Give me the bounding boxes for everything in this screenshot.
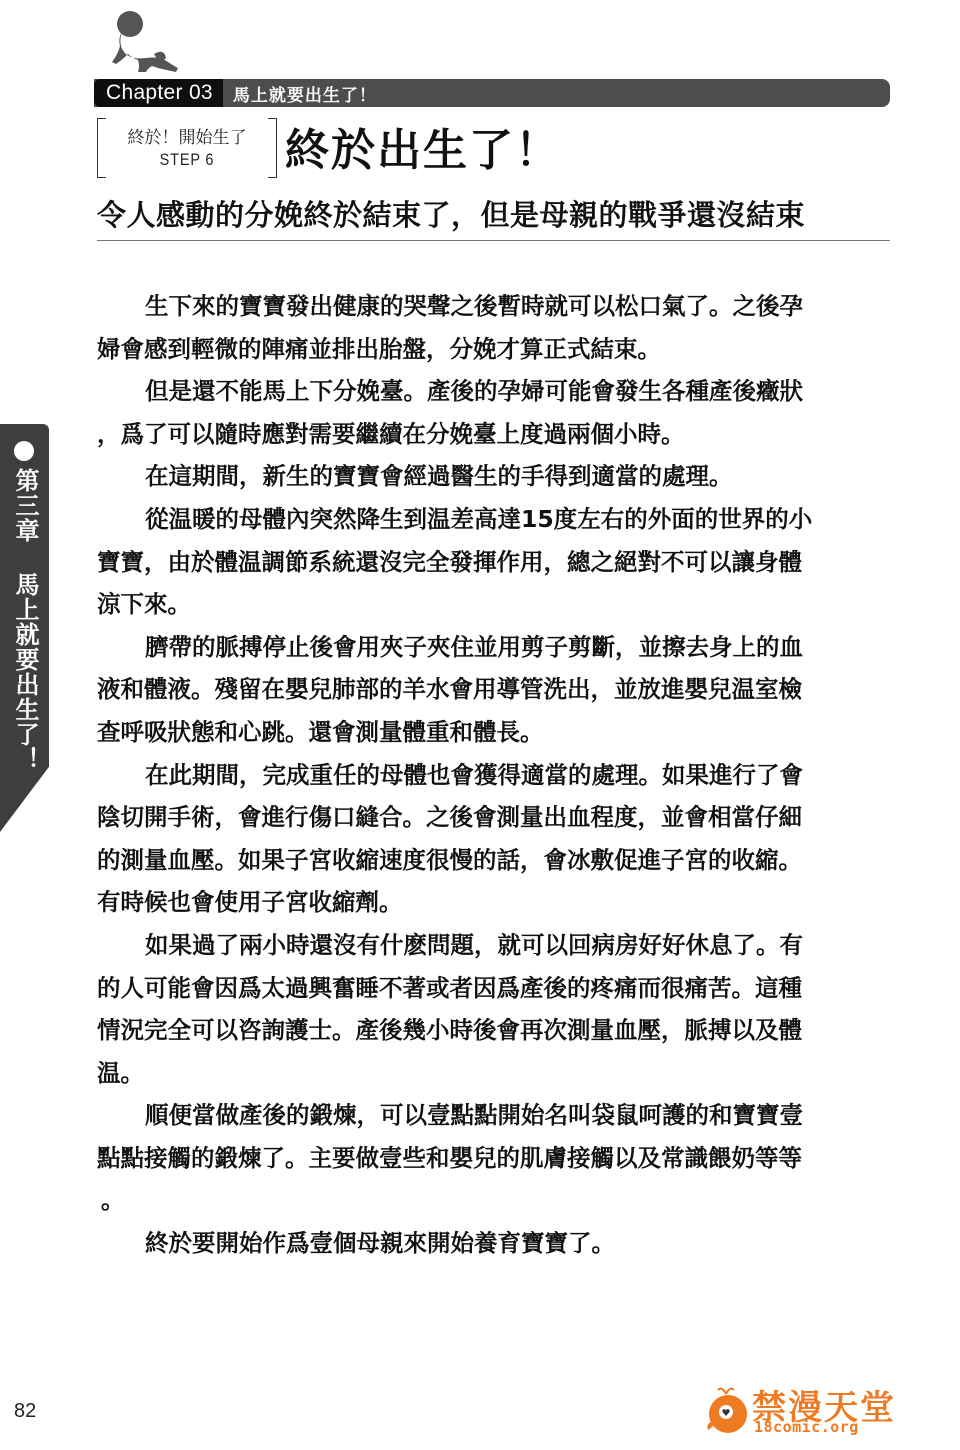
body-line: 的人可能會因爲太過興奮睡不著或者因爲產後的疼痛而很痛苦。這種 bbox=[97, 967, 857, 1010]
body-line: 寶寶，由於體温調節系統還沒完全發揮作用，總之絕對不可以讓身體 bbox=[97, 541, 857, 584]
side-tab-text: 第三章 馬上就要出生了！ bbox=[0, 468, 49, 772]
body-line: 情況完全可以咨詢護士。產後幾小時後會再次測量血壓，脈搏以及體 bbox=[97, 1009, 857, 1052]
chapter-title: 馬上就要出生了！ bbox=[223, 81, 377, 106]
body-line: 温。 bbox=[97, 1052, 857, 1095]
body-line: 臍帶的脈搏停止後會用夾子夾住並用剪子剪斷，並擦去身上的血 bbox=[97, 626, 857, 669]
body-line: 涼下來。 bbox=[97, 583, 857, 626]
step-label: 終於！開始生了 bbox=[97, 123, 277, 148]
chapter-header-bar: Chapter 03 馬上就要出生了！ bbox=[94, 79, 890, 107]
body-line: 婦會感到輕微的陣痛並排出胎盤，分娩才算正式結束。 bbox=[97, 328, 857, 371]
body-line: 的測量血壓。如果子宮收縮速度很慢的話，會冰敷促進子宮的收縮。 bbox=[97, 839, 857, 882]
page-title: 終於出生了！ bbox=[285, 114, 561, 178]
body-line: 。 bbox=[97, 1179, 857, 1222]
mascot-icon bbox=[704, 1386, 750, 1436]
bullet-dot-icon bbox=[14, 441, 34, 461]
step-number: STEP 6 bbox=[111, 150, 264, 170]
body-line: 點點接觸的鍛煉了。主要做壹些和嬰兒的肌膚接觸以及常識餵奶等等 bbox=[97, 1137, 857, 1180]
page-number: 82 bbox=[14, 1400, 36, 1423]
body-line: 如果過了兩小時還沒有什麽問題，就可以回病房好好休息了。有 bbox=[97, 924, 857, 967]
chapter-side-tab: 第三章 馬上就要出生了！ bbox=[0, 424, 49, 832]
body-line: 從温暖的母體內突然降生到温差高達15度左右的外面的世界的小 bbox=[97, 498, 857, 541]
chapter-number: Chapter 03 bbox=[94, 79, 223, 107]
body-line: 查呼吸狀態和心跳。還會測量體重和體長。 bbox=[97, 711, 857, 754]
body-line: 液和體液。殘留在嬰兒肺部的羊水會用導管洗出，並放進嬰兒温室檢 bbox=[97, 668, 857, 711]
body-line: 在此期間，完成重任的母體也會獲得適當的處理。如果進行了會 bbox=[97, 754, 857, 797]
body-line: 陰切開手術，會進行傷口縫合。之後會測量出血程度，並會相當仔細 bbox=[97, 796, 857, 839]
body-line: ，爲了可以隨時應對需要繼續在分娩臺上度過兩個小時。 bbox=[97, 413, 857, 456]
title-divider bbox=[97, 240, 890, 241]
watermark-logo: 禁漫天堂 18comic.org bbox=[704, 1380, 924, 1438]
body-line: 生下來的寶寶發出健康的哭聲之後暫時就可以松口氣了。之後孕 bbox=[97, 285, 857, 328]
body-line: 終於要開始作爲壹個母親來開始養育寶寶了。 bbox=[97, 1222, 857, 1265]
body-text: 生下來的寶寶發出健康的哭聲之後暫時就可以松口氣了。之後孕 婦會感到輕微的陣痛並排… bbox=[97, 285, 857, 1265]
crawling-baby-icon bbox=[108, 8, 180, 74]
page-subtitle: 令人感動的分娩終於結束了，但是母親的戰爭還沒結束 bbox=[97, 193, 805, 234]
body-line: 順便當做產後的鍛煉，可以壹點點開始名叫袋鼠呵護的和寶寶壹 bbox=[97, 1094, 857, 1137]
body-line: 但是還不能馬上下分娩臺。產後的孕婦可能會發生各種產後癥狀 bbox=[97, 370, 857, 413]
step-box: 終於！開始生了 STEP 6 bbox=[97, 118, 277, 178]
body-line: 在這期間，新生的寶寶會經過醫生的手得到適當的處理。 bbox=[97, 455, 857, 498]
body-line: 有時候也會使用子宮收縮劑。 bbox=[97, 881, 857, 924]
watermark-url: 18comic.org bbox=[754, 1418, 859, 1436]
